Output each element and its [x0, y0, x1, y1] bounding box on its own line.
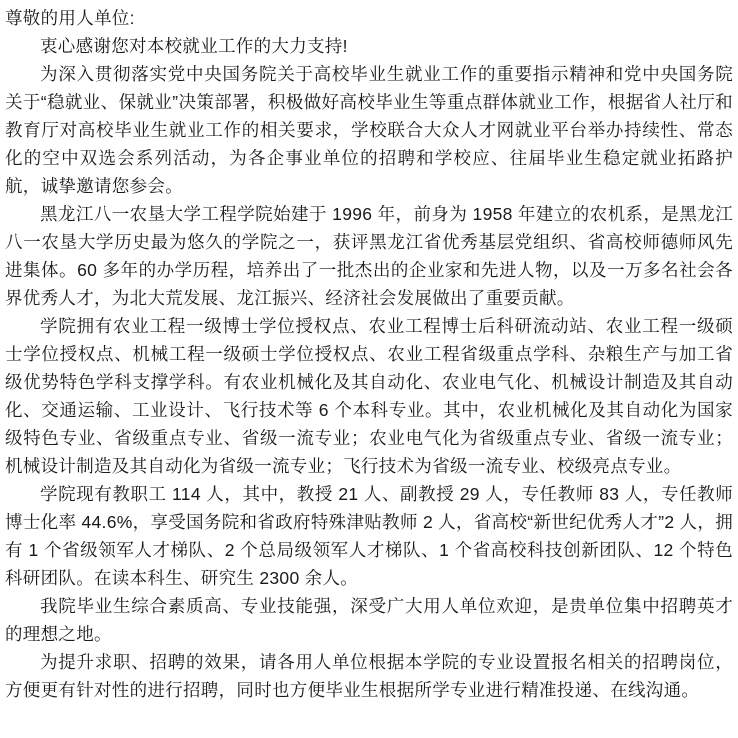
paragraph-recruitment-advice: 为提升求职、招聘的效果，请各用人单位根据本学院的专业设置报名相关的招聘岗位，方便…	[5, 648, 733, 704]
paragraph-thanks: 衷心感谢您对本校就业工作的大力支持!	[5, 32, 733, 60]
paragraph-faculty: 学院现有教职工 114 人，其中，教授 21 人、副教授 29 人，专任教师 8…	[5, 480, 733, 592]
paragraph-invitation: 为深入贯彻落实党中央国务院关于高校毕业生就业工作的重要指示精神和党中央国务院关于…	[5, 60, 733, 200]
letter-body: 尊敬的用人单位: 衷心感谢您对本校就业工作的大力支持! 为深入贯彻落实党中央国务…	[0, 0, 738, 738]
document-page: 尊敬的用人单位: 衷心感谢您对本校就业工作的大力支持! 为深入贯彻落实党中央国务…	[0, 0, 738, 738]
paragraph-graduates: 我院毕业生综合素质高、专业技能强，深受广大用人单位欢迎，是贵单位集中招聘英才的理…	[5, 592, 733, 648]
paragraph-disciplines: 学院拥有农业工程一级博士学位授权点、农业工程博士后科研流动站、农业工程一级硕士学…	[5, 312, 733, 480]
salutation-line: 尊敬的用人单位:	[5, 4, 733, 32]
paragraph-college-history: 黑龙江八一农垦大学工程学院始建于 1996 年，前身为 1958 年建立的农机系…	[5, 200, 733, 312]
